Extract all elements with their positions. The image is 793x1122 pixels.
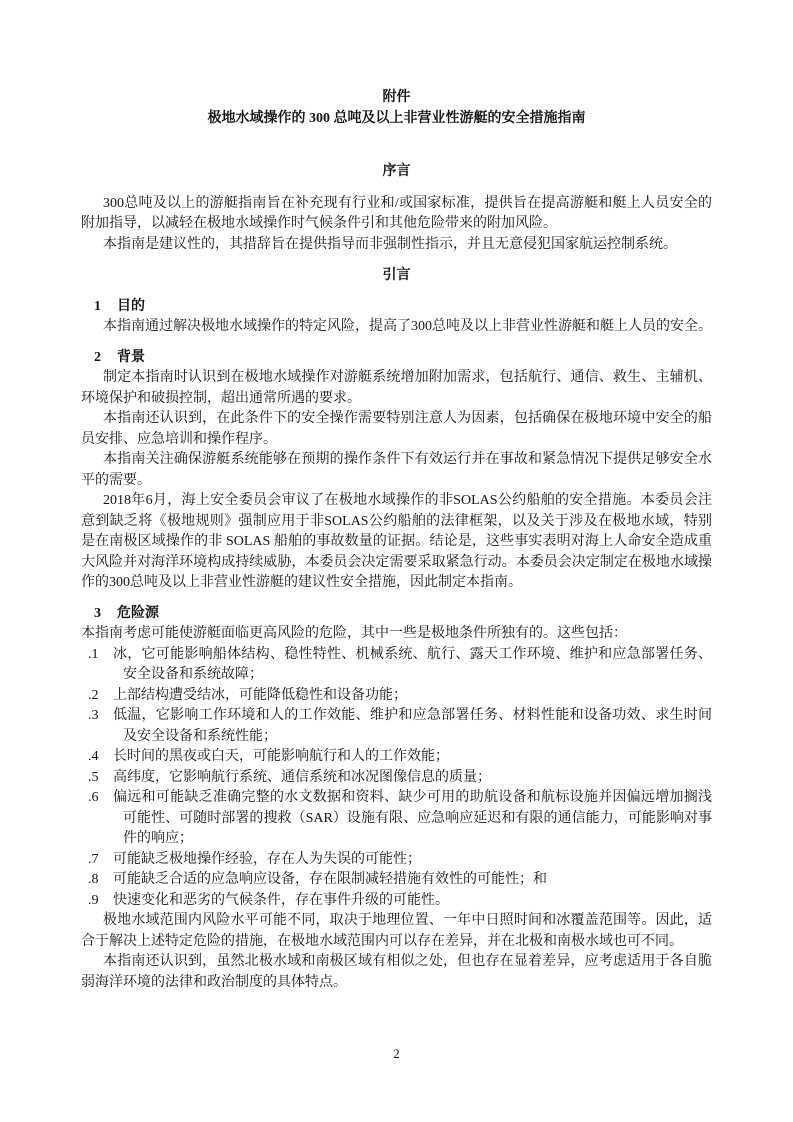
section-title: 危险源 — [117, 606, 159, 621]
hazard-item: .9快速变化和恶劣的气候条件，存在事件升级的可能性。 — [81, 891, 712, 912]
hazard-marker: .9 — [88, 891, 99, 912]
introduction-heading: 引言 — [81, 266, 712, 287]
section-title: 目的 — [117, 299, 145, 314]
section-heading: 3危险源 — [81, 604, 712, 625]
hazard-list: .1冰，它可能影响船体结构、稳性特性、机械系统、航行、露天工作环境、维护和应急部… — [81, 645, 712, 912]
paragraph: 本指南通过解决极地水域操作的特定风险，提高了300总吨及以上非营业性游艇和艇上人… — [81, 317, 712, 338]
hazard-text: 偏远和可能缺乏准确完整的水文数据和资料、缺少可用的助航设备和航标设施并因偏远增加… — [113, 790, 712, 846]
hazard-item: .5高纬度，它影响航行系统、通信系统和冰况图像信息的质量； — [81, 768, 712, 789]
preface-body: 300总吨及以上的游艇指南旨在补充现有行业和/或国家标准，提供旨在提高游艇和艇上… — [81, 194, 712, 256]
closing-paragraph: 极地水域范围内风险水平可能不同，取决于地理位置、一年中日照时间和冰覆盖范围等。因… — [81, 911, 712, 952]
hazard-text: 长时间的黑夜或白天，可能影响航行和人的工作效能； — [113, 749, 449, 764]
paragraph: 本指南考虑可能使游艇面临更高风险的危险，其中一些是极地条件所独有的。这些包括： — [81, 624, 712, 645]
hazard-text: 快速变化和恶劣的气候条件，存在事件升级的可能性。 — [113, 893, 449, 908]
hazard-text: 上部结构遭受结冰，可能降低稳性和设备功能； — [113, 688, 407, 703]
section-number: 1 — [94, 297, 104, 318]
paragraph: 2018年6月，海上安全委员会审议了在极地水域操作的非SOLAS公约船舶的安全措… — [81, 491, 712, 594]
annex-label: 附件 — [81, 88, 712, 109]
document-page: 附件 极地水域操作的 300 总吨及以上非营业性游艇的安全措施指南 序言 300… — [0, 0, 793, 1122]
section-number: 3 — [94, 604, 104, 625]
paragraph: 本指南关注确保游艇系统能够在预期的操作条件下有效运行并在事故和紧急情况下提供足够… — [81, 450, 712, 491]
section-heading: 1目的 — [81, 297, 712, 318]
introduction-body: 1目的本指南通过解决极地水域操作的特定风险，提高了300总吨及以上非营业性游艇和… — [81, 297, 712, 994]
hazard-text: 冰，它可能影响船体结构、稳性特性、机械系统、航行、露天工作环境、维护和应急部署任… — [113, 647, 712, 683]
paragraph: 300总吨及以上的游艇指南旨在补充现有行业和/或国家标准，提供旨在提高游艇和艇上… — [81, 194, 712, 235]
hazard-marker: .7 — [88, 850, 99, 871]
hazard-item: .2上部结构遭受结冰，可能降低稳性和设备功能； — [81, 686, 712, 707]
closing-paragraph: 本指南还认识到，虽然北极水域和南极区域有相似之处，但也存在显着差异，应考虑适用于… — [81, 952, 712, 993]
paragraph: 制定本指南时认识到在极地水域操作对游艇系统增加附加需求，包括航行、通信、救生、主… — [81, 368, 712, 409]
hazard-text: 高纬度，它影响航行系统、通信系统和冰况图像信息的质量； — [113, 770, 491, 785]
paragraph: 本指南还认识到，在此条件下的安全操作需要特别注意人为因素，包括确保在极地环境中安… — [81, 409, 712, 450]
hazard-item: .7可能缺乏极地操作经验，存在人为失误的可能性； — [81, 850, 712, 871]
hazard-text: 可能缺乏合适的应急响应设备，存在限制减轻措施有效性的可能性；和 — [113, 872, 547, 887]
hazard-marker: .1 — [88, 645, 99, 666]
hazard-text: 可能缺乏极地操作经验，存在人为失误的可能性； — [113, 852, 421, 867]
preface-heading: 序言 — [81, 162, 712, 183]
hazard-item: .4长时间的黑夜或白天，可能影响航行和人的工作效能； — [81, 747, 712, 768]
hazard-marker: .5 — [88, 768, 99, 789]
page-number: 2 — [0, 1046, 793, 1062]
hazard-item: .8可能缺乏合适的应急响应设备，存在限制减轻措施有效性的可能性；和 — [81, 870, 712, 891]
hazard-item: .6偏远和可能缺乏准确完整的水文数据和资料、缺少可用的助航设备和航标设施并因偏远… — [81, 788, 712, 850]
section-number: 2 — [94, 348, 104, 369]
section-title: 背景 — [117, 350, 145, 365]
hazard-item: .3低温，它影响工作环境和人的工作效能、维护和应急部署任务、材料性能和设备功效、… — [81, 706, 712, 747]
hazard-marker: .2 — [88, 686, 99, 707]
document-title: 极地水域操作的 300 总吨及以上非营业性游艇的安全措施指南 — [81, 109, 712, 130]
section-heading: 2背景 — [81, 348, 712, 369]
hazard-marker: .3 — [88, 706, 99, 727]
hazard-text: 低温，它影响工作环境和人的工作效能、维护和应急部署任务、材料性能和设备功效、求生… — [113, 708, 712, 744]
hazard-marker: .8 — [88, 870, 99, 891]
hazard-marker: .4 — [88, 747, 99, 768]
paragraph: 本指南是建议性的，其措辞旨在提供指导而非强制性指示，并且无意侵犯国家航运控制系统… — [81, 235, 712, 256]
hazard-item: .1冰，它可能影响船体结构、稳性特性、机械系统、航行、露天工作环境、维护和应急部… — [81, 645, 712, 686]
hazard-marker: .6 — [88, 788, 99, 809]
